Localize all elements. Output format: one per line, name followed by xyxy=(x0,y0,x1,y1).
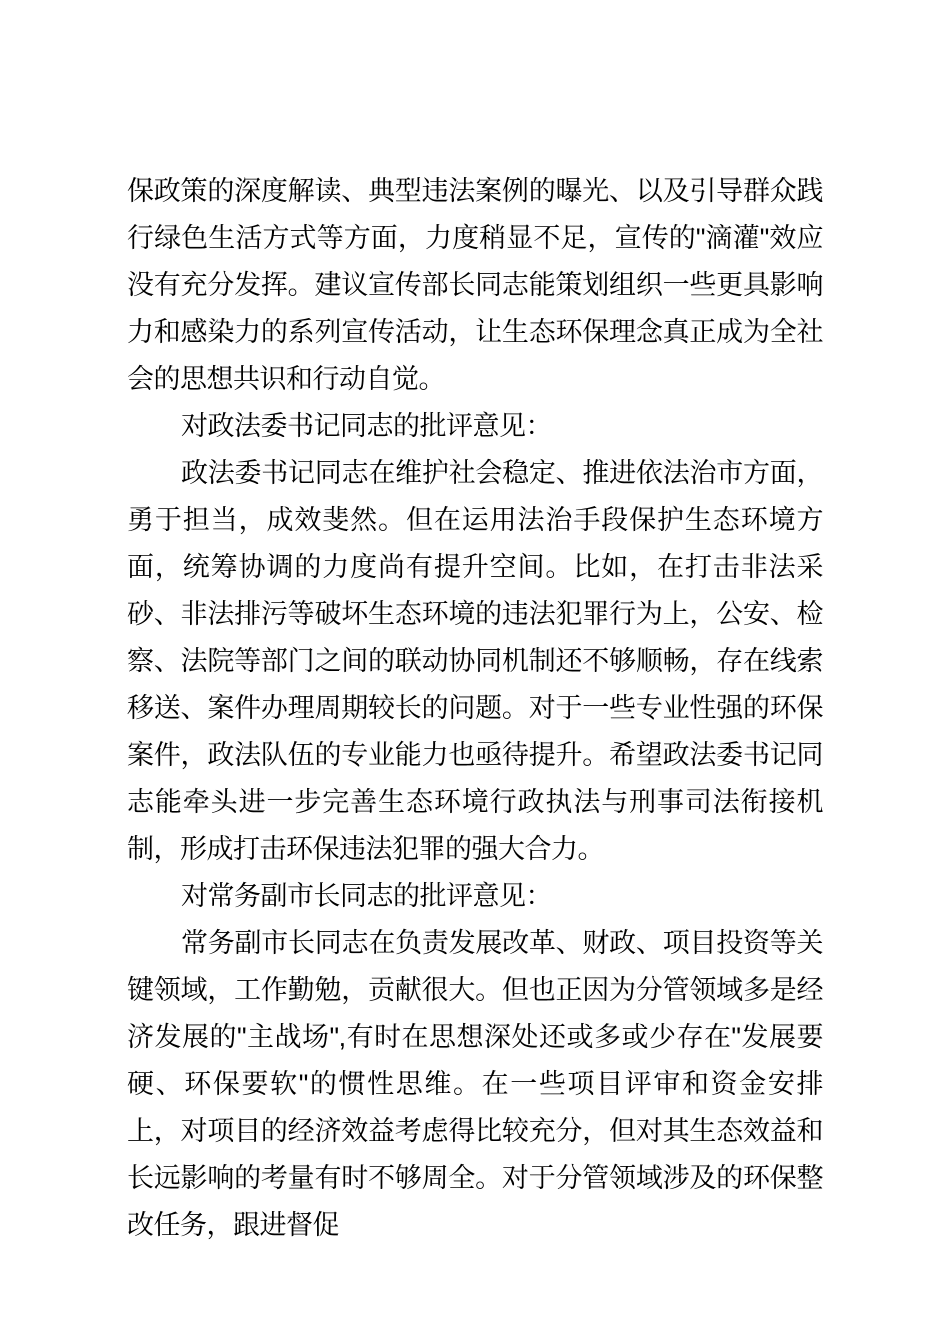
paragraph-criticism-executive-vice-mayor: 常务副市长同志在负责发展改革、财政、项目投资等关键领域，工作勤勉，贡献很大。但也… xyxy=(127,920,823,1249)
heading-criticism-zhengfawei-secretary: 对政法委书记同志的批评意见： xyxy=(127,403,823,450)
heading-criticism-executive-vice-mayor: 对常务副市长同志的批评意见： xyxy=(127,873,823,920)
paragraph-criticism-zhengfawei-secretary: 政法委书记同志在维护社会稳定、推进依法治市方面，勇于担当，成效斐然。但在运用法治… xyxy=(127,450,823,873)
paragraph-continuation: 保政策的深度解读、典型违法案例的曝光、以及引导群众践行绿色生活方式等方面，力度稍… xyxy=(127,168,823,403)
document-page: 保政策的深度解读、典型违法案例的曝光、以及引导群众践行绿色生活方式等方面，力度稍… xyxy=(0,0,950,1344)
document-body: 保政策的深度解读、典型违法案例的曝光、以及引导群众践行绿色生活方式等方面，力度稍… xyxy=(127,168,823,1249)
